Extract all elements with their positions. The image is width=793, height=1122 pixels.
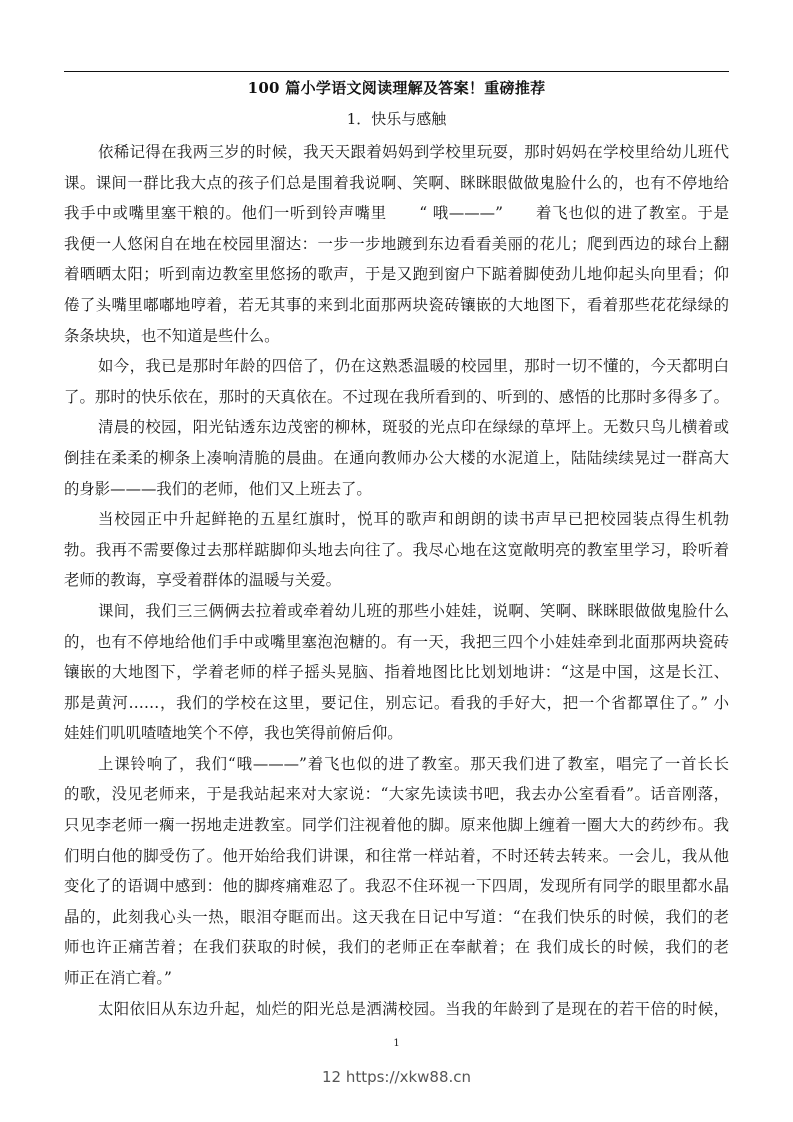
text-line: 我便一人悠闲自在地在校园里溜达：一步一步地踱到东边看看美丽的花儿；爬到西边的球台…	[64, 229, 729, 260]
section-title: 1．快乐与感触	[0, 109, 793, 129]
text-line: 的，也有不停地给他们手中或嘴里塞泡泡糖的。有一天，我把三四个小娃娃牵到北面那两块…	[64, 627, 729, 658]
text-line: 师也许正痛苦着；在我们获取的时候，我们的老师正在奉献着；在 我们成长的时候，我们…	[64, 932, 729, 963]
text-line: 镶嵌的大地图下，学着老师的样子摇头晃脑、指着地图比比划划地讲：“这是中国，这是长…	[64, 657, 729, 688]
text-line: 师正在消亡着。”	[64, 963, 729, 994]
text-line: 勃。我再不需要像过去那样踮脚仰头地去向往了。我尽心地在这宽敞明亮的教室里学习，聆…	[64, 535, 729, 566]
text-line: 当校园正中升起鲜艳的五星红旗时，悦耳的歌声和朗朗的读书声早已把校园装点得生机勃	[64, 504, 729, 535]
page-number: 1	[0, 1038, 793, 1049]
text-line: 如今，我已是那时年龄的四倍了，仍在这熟悉温暖的校园里，那时一切不懂的，今天都明白	[64, 351, 729, 382]
text-line: 变化了的语调中感到：他的脚疼痛难忍了。我忍不住环视一下四周，发现所有同学的眼里都…	[64, 871, 729, 902]
text-line: 倒挂在柔柔的柳条上凑响清脆的晨曲。在通向教师办公大楼的水泥道上，陆陆续续晃过一群…	[64, 443, 729, 474]
text-line: 晶的，此刻我心头一热，眼泪夺眶而出。这天我在日记中写道：“在我们快乐的时候，我们…	[64, 902, 729, 933]
footer-watermark: 12 https://xkw88.cn	[0, 1068, 793, 1086]
text-line: 上课铃响了，我们“哦———”着飞也似的进了教室。那天我们进了教室，唱完了一首长长	[64, 749, 729, 780]
text-line: 只见李老师一瘸一拐地走进教室。同学们注视着他的脚。原来他脚上缠着一圈大大的药纱布…	[64, 810, 729, 841]
text-line: 们明白他的脚受伤了。他开始给我们讲课，和往常一样站着，不时还转去转来。一会儿，我…	[64, 841, 729, 872]
text-line: 了。那时的快乐依在，那时的天真依在。不过现在我所看到的、听到的、感悟的比那时多得…	[64, 382, 729, 413]
text-line: 课。课间一群比我大点的孩子们总是围着我说啊、笑啊、眯眯眼做做鬼脸什么的，也有不停…	[64, 168, 729, 199]
text-line: 老师的教诲，享受着群体的温暖与关爱。	[64, 565, 729, 596]
document-title: 100 篇小学语文阅读理解及答案！重磅推荐	[0, 78, 793, 98]
text-line: 清晨的校园，阳光钻透东边茂密的柳林，斑驳的光点印在绿绿的草坪上。无数只鸟儿横着或	[64, 412, 729, 443]
text-line: 条条块块，也不知道是些什么。	[64, 321, 729, 352]
text-line: 太阳依旧从东边升起，灿烂的阳光总是洒满校园。当我的年龄到了是现在的若干倍的时候，	[64, 994, 729, 1025]
text-line: 着晒晒太阳；听到南边教室里悠扬的歌声，于是又跑到窗户下踮着脚使劲儿地仰起头向里看…	[64, 259, 729, 290]
text-line: 的歌，没见老师来，于是我站起来对大家说：“大家先读读书吧，我去办公室看看”。话音…	[64, 779, 729, 810]
text-line: 依稀记得在我两三岁的时候，我天天跟着妈妈到学校里玩耍，那时妈妈在学校里给幼儿班代	[64, 137, 729, 168]
header-rule	[64, 71, 729, 72]
document-page: 100 篇小学语文阅读理解及答案！重磅推荐 1．快乐与感触 依稀记得在我两三岁的…	[0, 0, 793, 1122]
text-line: 的身影———我们的老师，他们又上班去了。	[64, 474, 729, 505]
text-line: 那是黄河……，我们的学校在这里，要记住，别忘记。看我的手好大，把一个省都罩住了。…	[64, 688, 729, 719]
article-body: 依稀记得在我两三岁的时候，我天天跟着妈妈到学校里玩耍，那时妈妈在学校里给幼儿班代…	[64, 137, 729, 1024]
text-line: 娃娃们叽叽喳喳地笑个不停，我也笑得前俯后仰。	[64, 718, 729, 749]
text-line: 倦了头嘴里嘟嘟地哼着，若无其事的来到北面那两块瓷砖镶嵌的大地图下，看着那些花花绿…	[64, 290, 729, 321]
text-line: 课间，我们三三俩俩去拉着或牵着幼儿班的那些小娃娃，说啊、笑啊、眯眯眼做做鬼脸什么	[64, 596, 729, 627]
text-line: 我手中或嘴里塞干粮的。他们一听到铃声嘴里 “ 哦———” 着飞也似的进了教室。于…	[64, 198, 729, 229]
